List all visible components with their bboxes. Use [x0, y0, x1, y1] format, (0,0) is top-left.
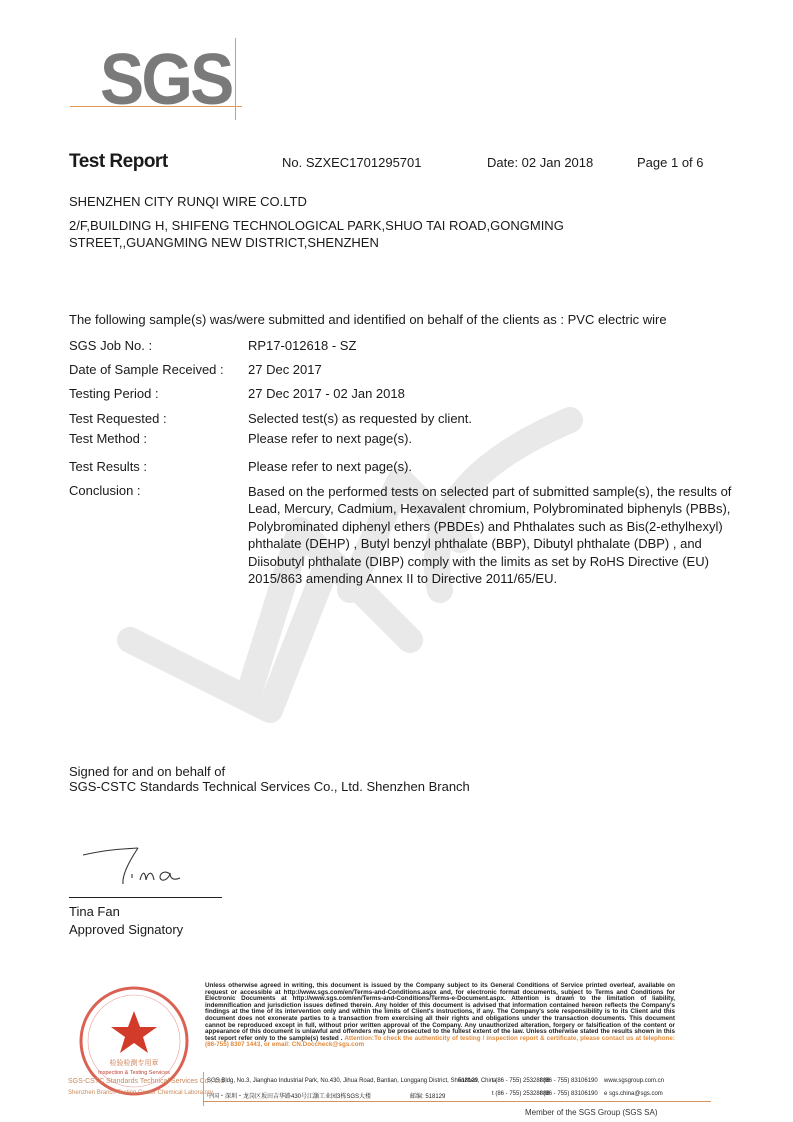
svg-text:检验检测专用章: 检验检测专用章	[110, 1058, 159, 1067]
sample-intro: The following sample(s) was/were submitt…	[69, 312, 667, 327]
field-label-test-results: Test Results :	[69, 459, 147, 474]
client-address-line1: 2/F,BUILDING H, SHIFENG TECHNOLOGICAL PA…	[69, 218, 564, 233]
field-value-test-results: Please refer to next page(s).	[248, 459, 412, 474]
postcode-chinese: 邮编: 518129	[410, 1091, 445, 1100]
fax: f (86 - 755) 83106190	[540, 1091, 598, 1097]
email-link[interactable]: e sgs.china@sgs.com	[604, 1091, 663, 1097]
handwritten-signature	[80, 840, 190, 890]
legal-disclaimer: Unless otherwise agreed in writing, this…	[205, 983, 675, 1049]
client-address-line2: STREET,,GUANGMING NEW DISTRICT,SHENZHEN	[69, 235, 379, 250]
field-label-test-method: Test Method :	[69, 431, 147, 446]
field-label-test-requested: Test Requested :	[69, 411, 167, 426]
field-label-date-received: Date of Sample Received :	[69, 362, 224, 377]
logo-accent-line	[235, 38, 236, 120]
field-label-testing-period: Testing Period :	[69, 386, 159, 401]
address-chinese: 中国・深圳・龙岗区坂田吉华路430号江灏工业园3栋SGS大楼	[207, 1091, 371, 1100]
address-english: SGS Bldg, No.3, Jianghao Industrial Park…	[207, 1078, 497, 1084]
fax: f (86 - 755) 83106190	[540, 1078, 598, 1084]
conclusion-label: Conclusion :	[69, 483, 141, 498]
report-title: Test Report	[69, 151, 168, 173]
report-date: Date: 02 Jan 2018	[487, 155, 593, 170]
report-number: No. SZXEC1701295701	[282, 155, 421, 170]
conclusion-text: Based on the performed tests on selected…	[248, 483, 738, 587]
stamp-caption-lab: Shenzhen Branch Testing Center Chemical …	[68, 1090, 213, 1096]
signature-line	[69, 897, 222, 898]
field-value-testing-period: 27 Dec 2017 - 02 Jan 2018	[248, 386, 405, 401]
star-icon	[111, 1011, 157, 1053]
field-value-test-method: Please refer to next page(s).	[248, 431, 412, 446]
field-label-job-no: SGS Job No. :	[69, 338, 152, 353]
field-value-job-no: RP17-012618 - SZ	[248, 338, 356, 353]
postcode-english: 518129	[458, 1078, 478, 1084]
signatory-role: Approved Signatory	[69, 922, 183, 937]
footer-divider	[203, 1101, 711, 1102]
sgs-group-membership: Member of the SGS Group (SGS SA)	[525, 1108, 658, 1117]
page-indicator: Page 1 of 6	[637, 155, 704, 170]
website-link[interactable]: www.sgsgroup.com.cn	[604, 1078, 664, 1084]
sgs-logo: SGS	[70, 38, 245, 120]
field-value-test-requested: Selected test(s) as requested by client.	[248, 411, 472, 426]
svg-text:Inspection & Testing Services: Inspection & Testing Services	[98, 1070, 170, 1076]
signed-on-behalf: Signed for and on behalf of	[69, 764, 225, 779]
client-name: SHENZHEN CITY RUNQI WIRE CO.LTD	[69, 194, 307, 209]
logo-text: SGS	[100, 40, 232, 120]
disclaimer-text: Unless otherwise agreed in writing, this…	[205, 982, 675, 1042]
signing-company: SGS-CSTC Standards Technical Services Co…	[69, 779, 470, 794]
signatory-name: Tina Fan	[69, 904, 120, 919]
field-value-date-received: 27 Dec 2017	[248, 362, 322, 377]
logo-accent-line	[70, 106, 242, 107]
